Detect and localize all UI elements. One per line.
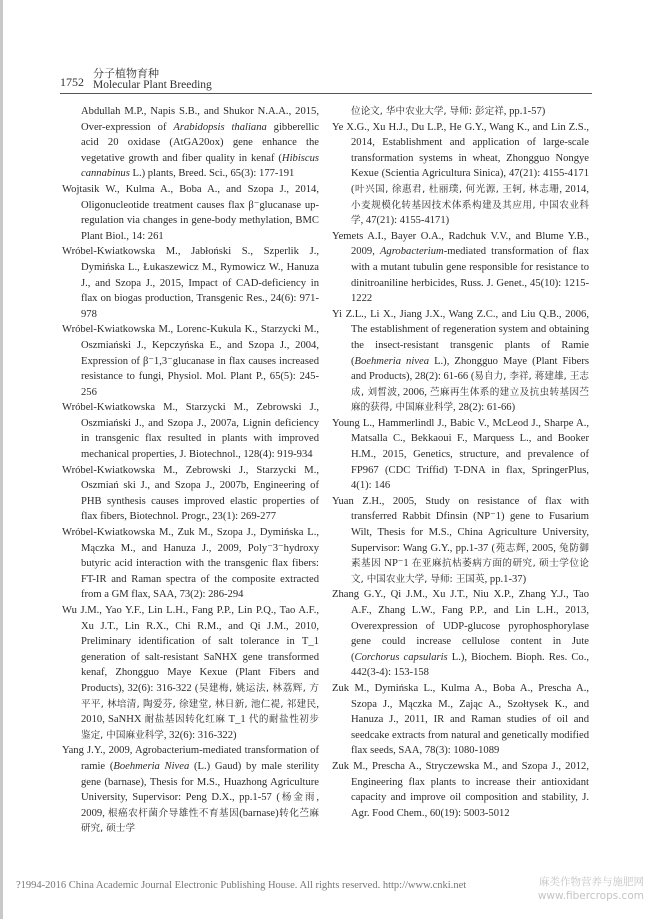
species-name: Boehmeria nivea	[355, 356, 429, 367]
reference-text: 耐盐基因转化红麻	[145, 714, 226, 725]
reference-text: L.) plants, Breed. Sci., 65(3): 177-191	[130, 168, 294, 179]
reference-entry: Wróbel-Kwiatkowska M., Starzycki M., Zeb…	[62, 400, 319, 462]
reference-text: Wróbel-Kwiatkowska M., Jabłoński S., Szp…	[62, 246, 319, 319]
species-name: Corchorus capsularis	[355, 652, 448, 663]
reference-text: 叶兴国, 徐惠君, 杜丽璞, 何光源, 王轲, 林志珊	[355, 184, 560, 195]
site-watermark: 麻类作物营养与施肥网 www.fibercrops.com	[538, 875, 644, 903]
reference-entry: Yuan Z.H., 2005, Study on resistance of …	[332, 494, 589, 588]
reference-text: 杨金雨	[280, 792, 316, 803]
reference-entry: Zuk M., Prescha A., Stryczewska M., and …	[332, 759, 589, 821]
reference-entry: Zhang G.Y., Qi J.M., Xu J.T., Niu X.P., …	[332, 587, 589, 681]
reference-entry: Yang J.Y., 2009, Agrobacterium-mediated …	[62, 743, 319, 837]
reference-entry: Yemets A.I., Bayer O.A., Radchuk V.V., a…	[332, 229, 589, 307]
reference-text: Wróbel-Kwiatkowska M., Lorenc-Kukula K.,…	[62, 324, 319, 397]
reference-text: 苑志辉	[495, 543, 526, 554]
reference-entry: Young L., Hammerlindl J., Babic V., McLe…	[332, 416, 589, 494]
species-name: Agrobacterium	[380, 246, 444, 257]
reference-text: Wojtasik W., Kulma A., Boba A., and Szop…	[62, 184, 319, 242]
running-header: 1752 分子植物育种 Molecular Plant Breeding	[60, 62, 592, 94]
reference-entry: Wróbel-Kwiatkowska M., Zebrowski J., Sta…	[62, 463, 319, 525]
reference-entry: Wu J.M., Yao Y.F., Lin L.H., Fang P.P., …	[62, 603, 319, 743]
reference-entry: Abdullah M.P., Napis S.B., and Shukor N.…	[62, 104, 319, 182]
reference-entry: Wojtasik W., Kulma A., Boba A., and Szop…	[62, 182, 319, 244]
reference-text: Wróbel-Kwiatkowska M., Zuk M., Szopa J.,…	[62, 527, 319, 600]
species-name: Arabidopsis thaliana	[173, 122, 266, 133]
copyright-footer: ?1994-2016 China Academic Journal Electr…	[16, 880, 466, 891]
reference-text: , pp.1-57)	[504, 106, 546, 117]
page-left-edge	[0, 0, 3, 919]
reference-text: Young L., Hammerlindl J., Babic V., McLe…	[332, 418, 589, 491]
references-left-column: Abdullah M.P., Napis S.B., and Shukor N.…	[62, 104, 319, 837]
reference-entry: Yi Z.L., Li X., Jiang J.X., Wang Z.C., a…	[332, 307, 589, 416]
reference-text: (barnase)	[239, 808, 278, 819]
reference-entry: Zuk M., Dymińska L., Kulma A., Boba A., …	[332, 681, 589, 759]
reference-entry: Wróbel-Kwiatkowska M., Lorenc-Kukula K.,…	[62, 322, 319, 400]
page-number: 1752	[60, 75, 84, 90]
reference-text: NP⁻1	[381, 558, 412, 569]
reference-text: Zuk M., Dymińska L., Kulma A., Boba A., …	[332, 683, 589, 756]
reference-text: , 2014,	[559, 184, 589, 195]
reference-entry: 位论文, 华中农业大学, 导师: 彭定祥, pp.1-57)	[332, 104, 589, 120]
reference-text: Wróbel-Kwiatkowska M., Starzycki M., Zeb…	[62, 402, 319, 460]
reference-text: T_1	[225, 714, 248, 725]
reference-text: , 32(6): 316-322)	[164, 730, 237, 741]
reference-text: , 2006,	[397, 387, 430, 398]
watermark-url: www.fibercrops.com	[538, 889, 644, 903]
journal-title-en: Molecular Plant Breeding	[93, 79, 212, 91]
reference-text: 位论文, 华中农业大学, 导师: 彭定祥	[351, 106, 504, 117]
watermark-cn: 麻类作物营养与施肥网	[538, 875, 644, 889]
reference-text: , 2005,	[526, 543, 559, 554]
reference-entry: Ye X.G., Xu H.J., Du L.P., He G.Y., Wang…	[332, 120, 589, 229]
reference-text: Wróbel-Kwiatkowska M., Zebrowski J., Sta…	[62, 465, 319, 523]
reference-text: , 28(2): 61-66)	[453, 402, 515, 413]
reference-text: , 47(21): 4155-4171)	[361, 215, 450, 226]
reference-text: Zuk M., Prescha A., Stryczewska M., and …	[332, 761, 589, 819]
species-name: Boehmeria Nivea	[113, 761, 189, 772]
reference-text: Wu J.M., Yao Y.F., Lin L.H., Fang P.P., …	[62, 605, 319, 694]
header-rule	[60, 93, 592, 94]
reference-text: , pp.1-37)	[485, 574, 527, 585]
reference-entry: Wróbel-Kwiatkowska M., Jabłoński S., Szp…	[62, 244, 319, 322]
reference-text: 根癌农杆菌介导雄性不育基因	[108, 808, 239, 819]
reference-entry: Wróbel-Kwiatkowska M., Zuk M., Szopa J.,…	[62, 525, 319, 603]
references-right-column: 位论文, 华中农业大学, 导师: 彭定祥, pp.1-57)Ye X.G., X…	[332, 104, 589, 821]
